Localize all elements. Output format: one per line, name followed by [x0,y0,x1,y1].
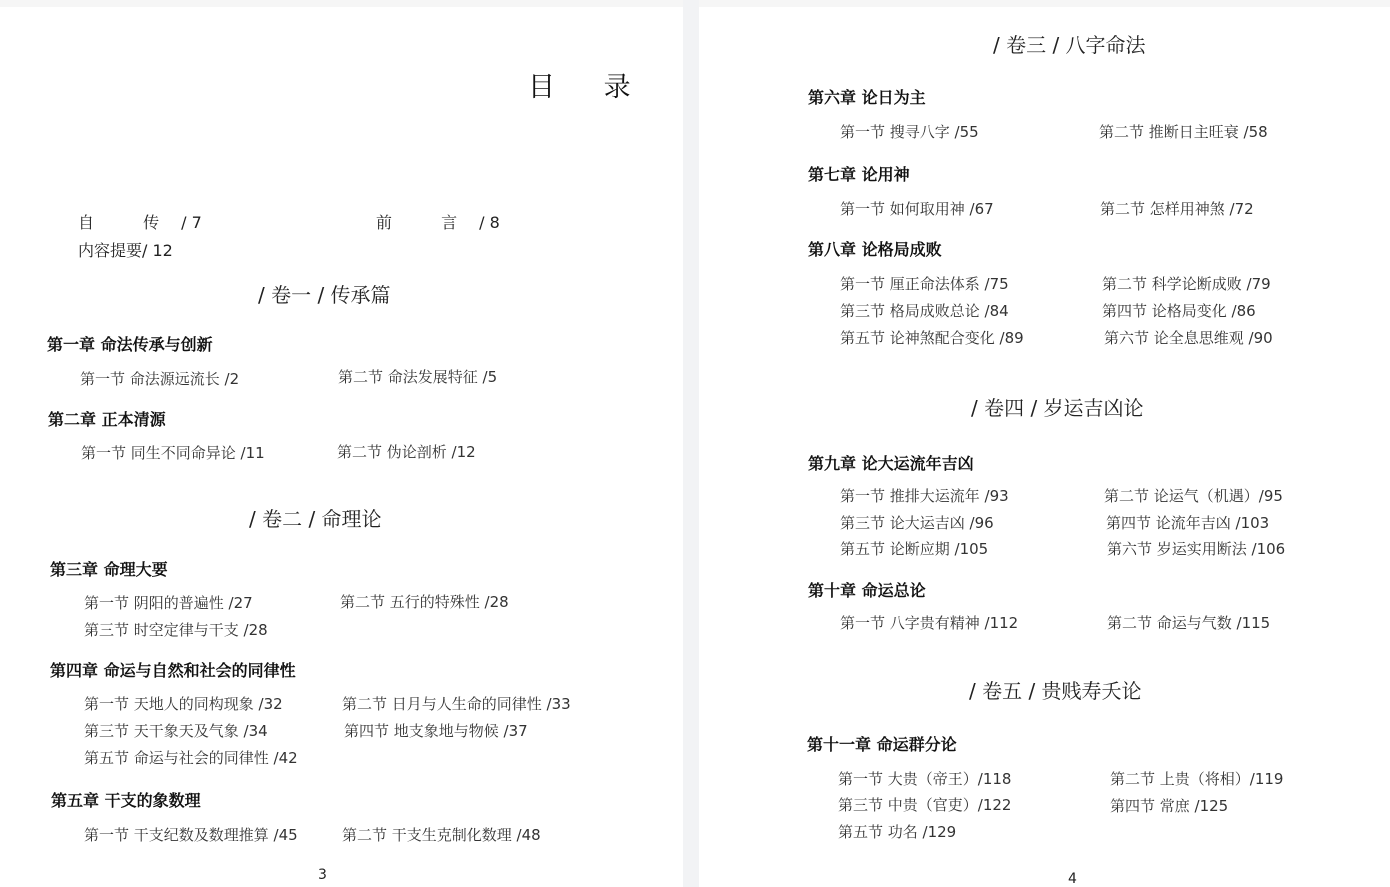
chapter-heading-5[interactable]: 第五章 干支的象数理 [51,788,201,811]
chapter-heading-1[interactable]: 第一章 命法传承与创新 [47,332,213,355]
section-item[interactable]: 第二节 怎样用神煞 /72 [1100,198,1254,219]
section-item[interactable]: 第三节 论大运吉凶 /96 [840,512,994,533]
section-item[interactable]: 第二节 论运气（机遇）/95 [1104,485,1283,506]
section-item[interactable]: 第二节 日月与人生命的同律性 /33 [342,693,571,714]
section-item[interactable]: 第一节 干支纪数及数理推算 /45 [84,824,298,845]
section-item[interactable]: 第三节 中贵（官吏）/122 [838,794,1011,815]
chapter-heading-3[interactable]: 第三章 命理大要 [50,557,168,580]
section-item[interactable]: 第一节 阴阳的普遍性 /27 [84,592,253,613]
left-page: 目 录 自 传/ 7 前 言/ 8 内容提要/ 12 / 卷一 / 传承篇 第一… [0,7,683,887]
section-item[interactable]: 第二节 干支生克制化数理 /48 [342,824,541,845]
section-item[interactable]: 第六节 岁运实用断法 /106 [1107,538,1285,559]
front-item-label: 前 言 [376,213,479,232]
section-item[interactable]: 第四节 论流年吉凶 /103 [1106,512,1269,533]
front-item-autobiography[interactable]: 自 传/ 7 [78,210,202,233]
front-item-page: / 7 [181,213,202,232]
chapter-heading-7[interactable]: 第七章 论用神 [808,162,910,185]
section-item[interactable]: 第五节 论神煞配合变化 /89 [840,327,1024,348]
section-item[interactable]: 第二节 科学论断成败 /79 [1102,273,1271,294]
book-gutter [683,0,699,887]
front-item-label: 内容提要 [78,241,142,260]
section-item[interactable]: 第一节 同生不同命异论 /11 [81,442,265,463]
page-number: 3 [318,867,327,883]
section-item[interactable]: 第二节 上贵（将相）/119 [1110,768,1283,789]
front-item-page: / 8 [479,213,500,232]
section-item[interactable]: 第五节 命运与社会的同律性 /42 [84,747,298,768]
front-item-label: 自 传 [78,213,181,232]
volume-heading-2: / 卷二 / 命理论 [249,503,382,532]
section-item[interactable]: 第六节 论全息思维观 /90 [1104,327,1273,348]
section-item[interactable]: 第四节 论格局变化 /86 [1102,300,1256,321]
section-item[interactable]: 第二节 命法发展特征 /5 [338,366,497,387]
chapter-heading-4[interactable]: 第四章 命运与自然和社会的同律性 [50,658,296,681]
front-item-summary[interactable]: 内容提要/ 12 [78,238,173,261]
section-item[interactable]: 第四节 常庶 /125 [1110,795,1228,816]
section-item[interactable]: 第一节 如何取用神 /67 [840,198,994,219]
section-item[interactable]: 第五节 论断应期 /105 [840,538,988,559]
section-item[interactable]: 第一节 大贵（帝王）/118 [838,768,1011,789]
volume-heading-4: / 卷四 / 岁运吉凶论 [971,392,1144,421]
section-item[interactable]: 第一节 厘正命法体系 /75 [840,273,1009,294]
section-item[interactable]: 第五节 功名 /129 [838,821,956,842]
toc-title: 目 录 [528,65,651,104]
section-item[interactable]: 第一节 八字贵有精神 /112 [840,612,1018,633]
section-item[interactable]: 第一节 推排大运流年 /93 [840,485,1009,506]
section-item[interactable]: 第三节 格局成败总论 /84 [840,300,1009,321]
section-item[interactable]: 第四节 地支象地与物候 /37 [344,720,528,741]
right-page: / 卷三 / 八字命法 第六章 论日为主 第一节 搜寻八字 /55 第二节 推断… [699,7,1390,887]
volume-heading-3: / 卷三 / 八字命法 [993,29,1146,58]
section-item[interactable]: 第二节 命运与气数 /115 [1107,612,1270,633]
chapter-heading-10[interactable]: 第十章 命运总论 [808,578,926,601]
section-item[interactable]: 第三节 时空定律与干支 /28 [84,619,268,640]
volume-heading-1: / 卷一 / 传承篇 [258,279,391,308]
section-item[interactable]: 第二节 伪论剖析 /12 [337,441,476,462]
chapter-heading-6[interactable]: 第六章 论日为主 [808,85,926,108]
volume-heading-5: / 卷五 / 贵贱寿夭论 [969,675,1142,704]
chapter-heading-9[interactable]: 第九章 论大运流年吉凶 [808,451,974,474]
section-item[interactable]: 第一节 命法源远流长 /2 [80,368,239,389]
section-item[interactable]: 第一节 天地人的同构现象 /32 [84,693,283,714]
chapter-heading-11[interactable]: 第十一章 命运群分论 [807,732,957,755]
section-item[interactable]: 第一节 搜寻八字 /55 [840,121,979,142]
chapter-heading-8[interactable]: 第八章 论格局成败 [808,237,942,260]
section-item[interactable]: 第二节 推断日主旺衰 /58 [1099,121,1268,142]
page-number: 4 [1068,871,1077,887]
front-item-page: / 12 [142,241,173,260]
chapter-heading-2[interactable]: 第二章 正本清源 [48,407,166,430]
section-item[interactable]: 第三节 天干象天及气象 /34 [84,720,268,741]
front-item-preface[interactable]: 前 言/ 8 [376,210,500,233]
section-item[interactable]: 第二节 五行的特殊性 /28 [340,591,509,612]
